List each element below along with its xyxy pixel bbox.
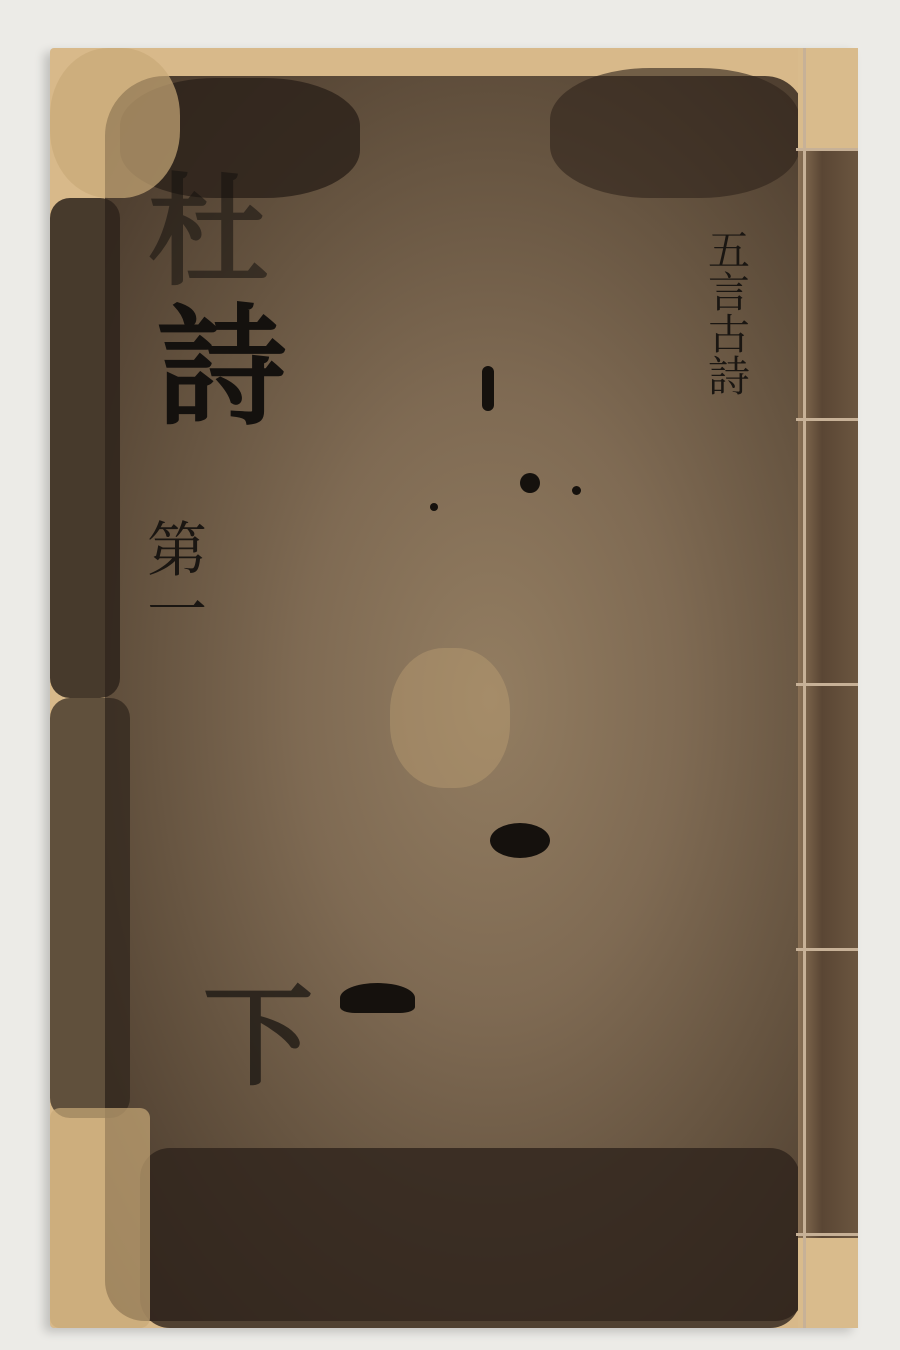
worn-patch — [390, 648, 510, 788]
ink-spot — [482, 366, 494, 411]
stain — [50, 698, 130, 1118]
spine-bottom — [798, 1238, 858, 1328]
book-cover: 杜 詩 第一 五言古詩 下 — [50, 48, 858, 1328]
binding-thread — [796, 683, 858, 686]
category-label: 五言古詩 — [705, 228, 747, 396]
binding-thread — [796, 148, 858, 151]
stain — [550, 68, 800, 198]
spine-top — [798, 48, 858, 148]
worn-patch — [50, 1108, 150, 1328]
binding-thread — [803, 48, 806, 1328]
spine — [798, 48, 858, 1328]
title-char-du: 杜 — [112, 168, 284, 288]
title-char-shi: 詩 — [118, 298, 305, 428]
ink-spot — [430, 503, 438, 511]
ink-spot — [490, 823, 550, 858]
ink-spot — [520, 473, 540, 493]
ink-spot — [572, 486, 581, 495]
stain — [140, 1148, 800, 1328]
stain — [50, 198, 120, 698]
remnant-mark: 下 — [170, 978, 328, 1088]
binding-thread — [796, 418, 858, 421]
ink-spot — [340, 983, 415, 1013]
binding-thread — [796, 1233, 858, 1236]
volume-label: 第一 — [142, 518, 202, 638]
binding-thread — [796, 948, 858, 951]
